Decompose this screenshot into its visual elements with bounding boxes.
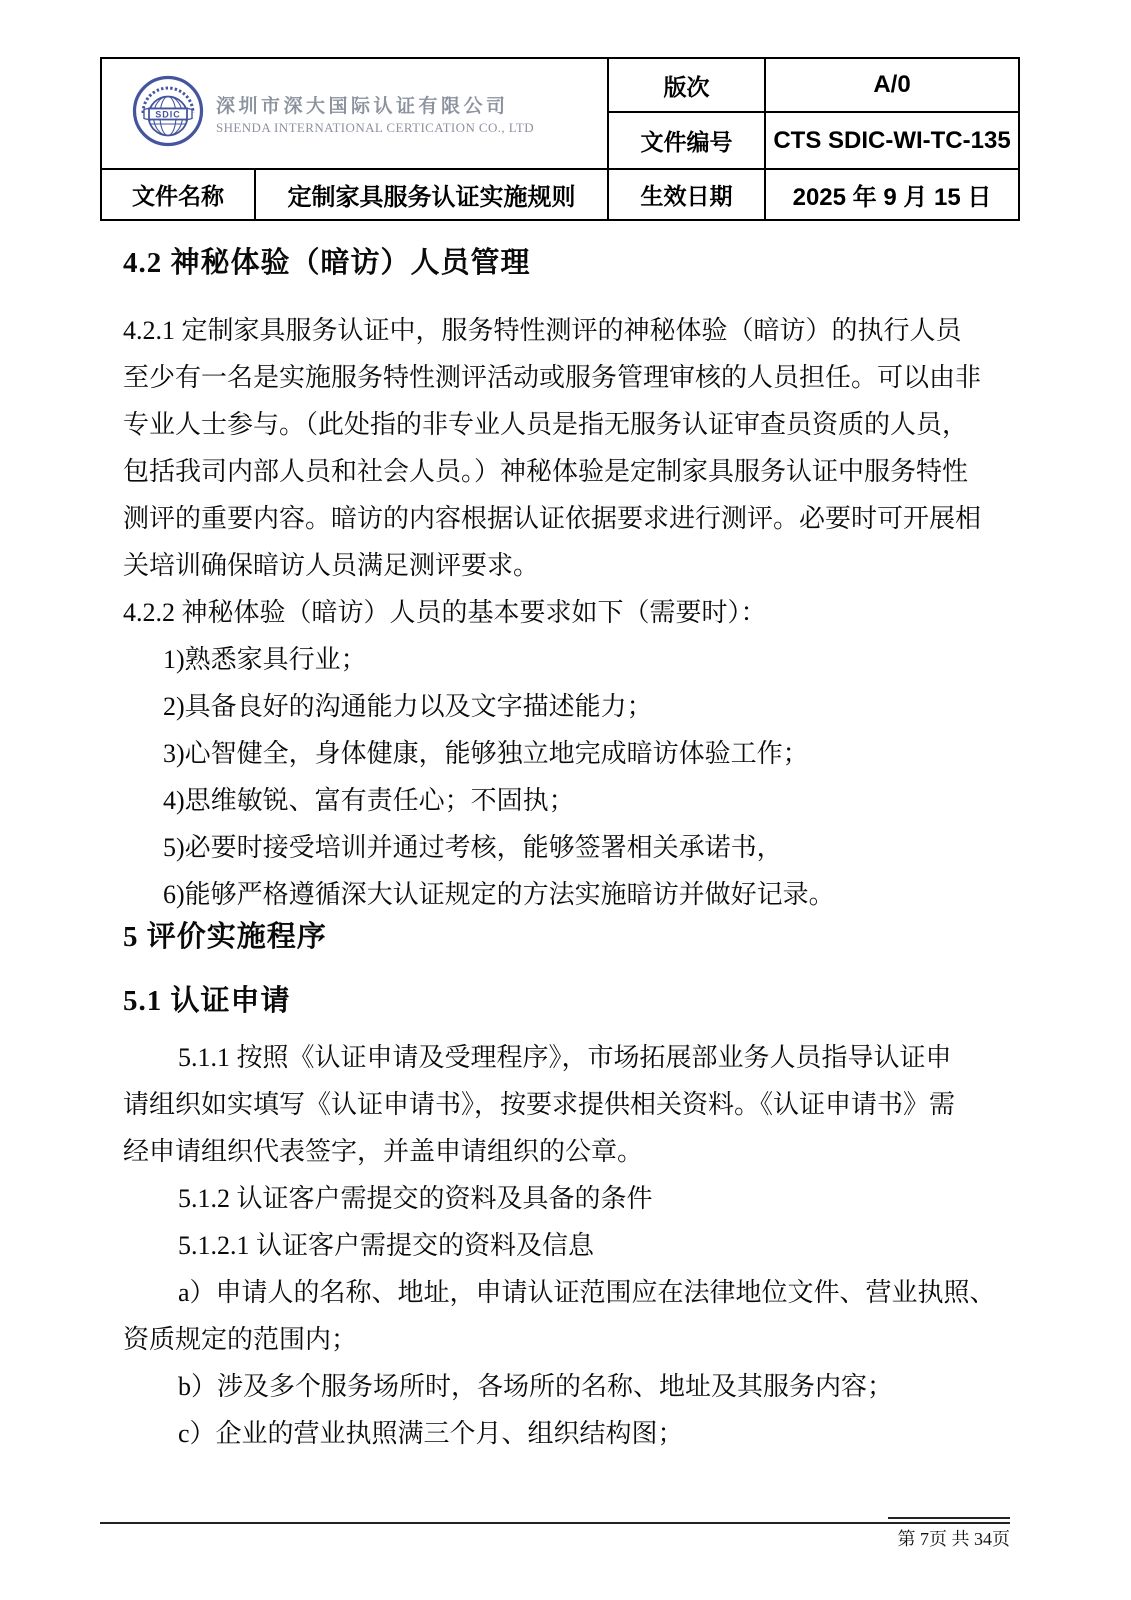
body-line: 5.1.1 按照《认证申请及受理程序》，市场拓展部业务人员指导认证申	[123, 1034, 1023, 1081]
footer-divider	[100, 1522, 1010, 1524]
body-line: 测评的重要内容。暗访的内容根据认证依据要求进行测评。必要时可开展相	[123, 495, 1023, 542]
body-line: 4.2.2 神秘体验（暗访）人员的基本要求如下（需要时）：	[123, 589, 1023, 636]
body-line: 4.2.1 定制家具服务认证中，服务特性测评的神秘体验（暗访）的执行人员	[123, 307, 1023, 354]
list-item: b）涉及多个服务场所时，各场所的名称、地址及其服务内容；	[123, 1363, 1023, 1410]
company-logo: SDIC	[132, 75, 204, 152]
doc-no-label: 文件编号	[608, 112, 765, 169]
body-line: 5.1.2 认证客户需提交的资料及具备的条件	[123, 1175, 1023, 1222]
list-item: 5)必要时接受培训并通过考核，能够签署相关承诺书，	[123, 824, 1023, 871]
list-item: 1)熟悉家具行业；	[123, 636, 1023, 683]
effective-date-value: 2025 年 9 月 15 日	[765, 169, 1019, 220]
body-line: 包括我司内部人员和社会人员。）神秘体验是定制家具服务认证中服务特性	[123, 448, 1023, 495]
footer-divider-short	[888, 1517, 1010, 1519]
org-name-cn: 深圳市深大国际认证有限公司	[216, 91, 534, 118]
section-heading-4-2: 4.2 神秘体验（暗访）人员管理	[123, 242, 531, 284]
list-item: c）企业的营业执照满三个月、组织结构图；	[123, 1410, 1023, 1457]
body-line: 专业人士参与。（此处指的非专业人员是指无服务认证审查员资质的人员，	[123, 401, 1023, 448]
effective-date-label: 生效日期	[608, 169, 765, 220]
section-heading-5: 5 评价实施程序	[123, 916, 327, 958]
body-line: 资质规定的范围内；	[123, 1316, 1023, 1363]
body-line: 关培训确保暗访人员满足测评要求。	[123, 542, 1023, 589]
list-item: 6)能够严格遵循深大认证规定的方法实施暗访并做好记录。	[123, 871, 1023, 918]
document-page: SDIC 深圳市深大国际认证有限公司 SHENDA INTERNATIONAL …	[0, 0, 1131, 1600]
body-line: 经申请组织代表签字，并盖申请组织的公章。	[123, 1128, 1023, 1175]
org-name-en: SHENDA INTERNATIONAL CERTICATION CO., LT…	[216, 120, 534, 136]
logo-badge-text: SDIC	[155, 110, 181, 120]
body-line: 5.1.2.1 认证客户需提交的资料及信息	[123, 1222, 1023, 1269]
paragraph-block-4-2: 4.2.1 定制家具服务认证中，服务特性测评的神秘体验（暗访）的执行人员 至少有…	[123, 307, 1023, 918]
doc-name-label: 文件名称	[101, 169, 255, 220]
list-item: 4)思维敏锐、富有责任心；不固执；	[123, 777, 1023, 824]
header-table: SDIC 深圳市深大国际认证有限公司 SHENDA INTERNATIONAL …	[100, 57, 1020, 221]
list-item: a）申请人的名称、地址，申请认证范围应在法律地位文件、营业执照、	[123, 1269, 1023, 1316]
body-line: 至少有一名是实施服务特性测评活动或服务管理审核的人员担任。可以由非	[123, 354, 1023, 401]
logo-cell: SDIC 深圳市深大国际认证有限公司 SHENDA INTERNATIONAL …	[101, 58, 608, 169]
doc-name-value: 定制家具服务认证实施规则	[255, 169, 608, 220]
version-label: 版次	[608, 58, 765, 112]
body-line: 请组织如实填写《认证申请书》，按要求提供相关资料。《认证申请书》需	[123, 1081, 1023, 1128]
doc-no-value: CTS SDIC-WI-TC-135	[765, 112, 1019, 169]
globe-logo-icon: SDIC	[132, 75, 204, 147]
paragraph-block-5-1: 5.1.1 按照《认证申请及受理程序》，市场拓展部业务人员指导认证申 请组织如实…	[123, 1034, 1023, 1457]
version-value: A/0	[765, 58, 1019, 112]
section-heading-5-1: 5.1 认证申请	[123, 980, 291, 1022]
footer-page-number: 第 7页 共 34页	[700, 1527, 1010, 1551]
list-item: 3)心智健全，身体健康，能够独立地完成暗访体验工作；	[123, 730, 1023, 777]
list-item: 2)具备良好的沟通能力以及文字描述能力；	[123, 683, 1023, 730]
